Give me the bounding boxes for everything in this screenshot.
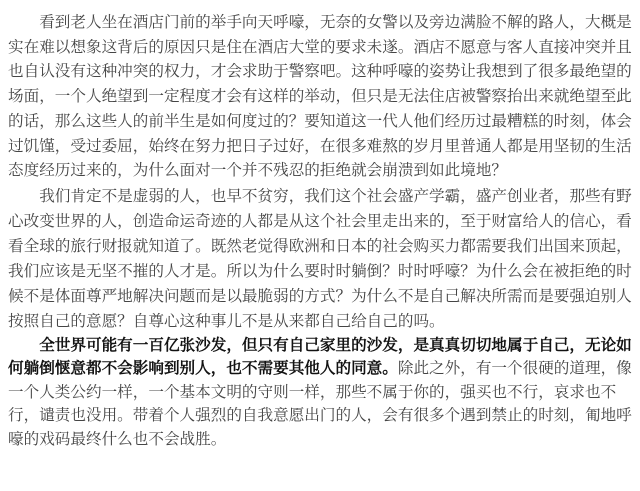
article-body: 看到老人坐在酒店门前的举手向天呼嚎，无奈的女警以及旁边满脸不解的路人，大概是实在… [0, 0, 640, 451]
paragraph-2: 我们肯定不是虚弱的人，也早不贫穷，我们这个社会盛产学霸，盛产创业者，那些有野心改… [8, 184, 636, 334]
paragraph-3: 全世界可能有一百亿张沙发，但只有自己家里的沙发，是真真切切地属于自己，无论如何躺… [8, 334, 636, 452]
paragraph-1: 看到老人坐在酒店门前的举手向天呼嚎，无奈的女警以及旁边满脸不解的路人，大概是实在… [8, 11, 636, 184]
